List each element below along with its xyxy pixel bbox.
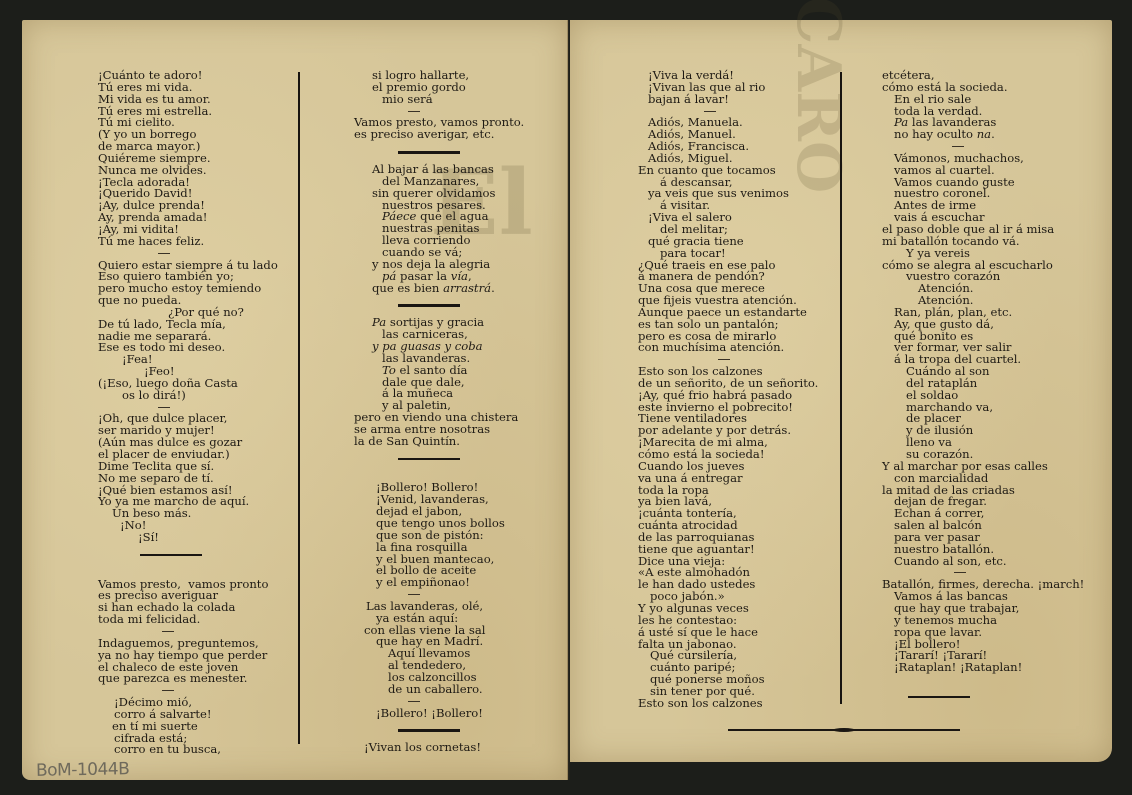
- verse-line: no hay oculto na.: [882, 129, 1084, 141]
- verse-line: ¡Vivan los cornetas!: [354, 742, 524, 754]
- verse-line: bajan á lavar!: [638, 94, 818, 106]
- verse-line: es preciso averigar, etc.: [354, 129, 524, 141]
- section-rule: [98, 544, 278, 567]
- verse-line: mio será: [354, 94, 524, 106]
- verse-line: ¡No!: [98, 520, 278, 532]
- verse-line: Cuando al son, etc.: [882, 556, 1084, 568]
- poem-column-4: etcétera,cómo está la socieda.En el rio …: [882, 70, 1084, 709]
- poem-column-1: ¡Cuánto te adoro!Tú eres mi vida.Mi vida…: [98, 70, 278, 756]
- stanza-dash: [98, 402, 278, 414]
- blank-line: [882, 674, 1084, 686]
- stanza-dash: [98, 626, 278, 638]
- center-fold: [567, 20, 570, 780]
- verse-line: corro en tu busca,: [98, 744, 278, 756]
- stanza-dash: [882, 567, 1084, 579]
- verse-line: os lo dirá!): [98, 390, 278, 402]
- verse-line: el premio gordo: [354, 82, 524, 94]
- verse-line: con muchísima atención.: [638, 342, 818, 354]
- stanza-dash: [638, 354, 818, 366]
- verse-line: que es bien arrastrá.: [354, 283, 524, 295]
- verse-line: vuestro corazón: [882, 271, 1084, 283]
- verse-line: y el empiñonao!: [354, 577, 524, 589]
- stanza-dash: [98, 685, 278, 697]
- column-divider-right: [840, 72, 842, 704]
- verse-line: toda mi felicidad.: [98, 614, 278, 626]
- verse-line: ¡Bollero! ¡Bollero!: [354, 708, 524, 720]
- poem-column-2: si logro hallarte,el premio gordomio ser…: [354, 70, 524, 754]
- section-rule: [354, 294, 524, 317]
- section-rule: [354, 448, 524, 471]
- verse-line: que parezca es menester.: [98, 673, 278, 685]
- column-divider-left: [298, 72, 300, 744]
- section-rule: [354, 719, 524, 742]
- verse-line: Tú me haces feliz.: [98, 236, 278, 248]
- verse-line: ¡Rataplan! ¡Rataplan!: [882, 662, 1084, 674]
- verse-line: Esto son los calzones: [638, 698, 818, 710]
- section-rule: [354, 141, 524, 164]
- stanza-dash: [354, 106, 524, 118]
- stanza-dash: [638, 106, 818, 118]
- stanza-dash: [882, 141, 1084, 153]
- poem-column-3: ¡Viva la verdá!¡Vivan las que al riobaja…: [638, 70, 818, 710]
- verse-line: ¡Fea!: [98, 354, 278, 366]
- catalog-annotation: BoM-1044B: [36, 759, 130, 781]
- bottom-ornament-rule: [728, 729, 960, 731]
- section-rule: [882, 686, 1084, 709]
- stanza-dash: [354, 589, 524, 601]
- verse-line: Atención.: [882, 283, 1084, 295]
- stanza-dash: [98, 248, 278, 260]
- verse-line: la de San Quintín.: [354, 436, 524, 448]
- verse-line: ¡Sí!: [98, 532, 278, 544]
- stanza-dash: [354, 696, 524, 708]
- verse-line: de un caballero.: [354, 684, 524, 696]
